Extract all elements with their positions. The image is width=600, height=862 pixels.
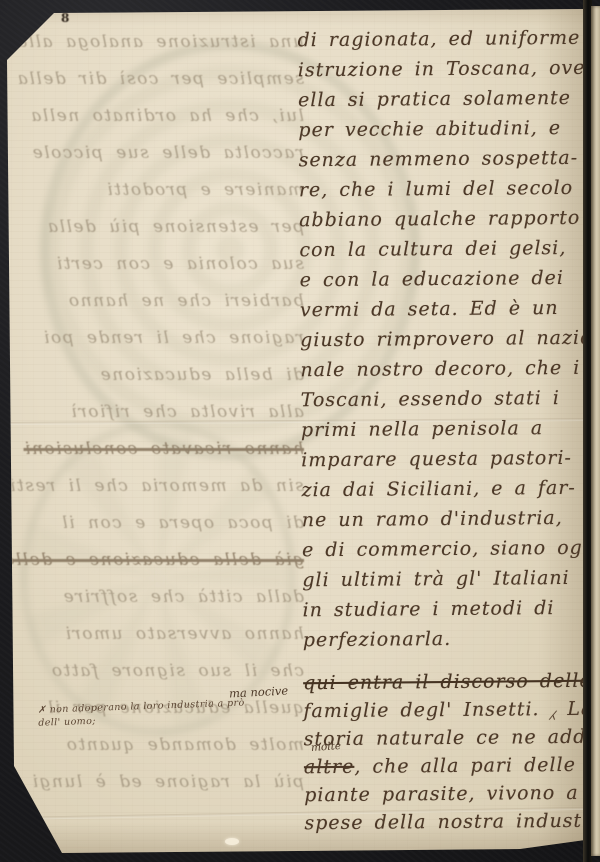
showthrough-line: di bella educazione <box>12 357 304 394</box>
manuscript-line: storia naturale ce ne addita <box>304 723 594 754</box>
showthrough-line: barbieri che ne hanno <box>12 283 304 320</box>
manuscript-line-text: , che alla pari delle <box>354 754 576 778</box>
manuscript-line: abbiano qualche rapporto <box>299 203 589 236</box>
manuscript-line: vermi da seta. Ed è un <box>300 293 590 326</box>
showthrough-line: sua colonia e con certi <box>12 246 304 283</box>
manuscript-page: 8 una istruzione analoga allasemplice pe… <box>0 0 586 862</box>
showthrough-line: alla rivolta che rifiorì <box>12 394 304 431</box>
manuscript-line: istruzione in Toscana, ove <box>298 53 588 86</box>
manuscript-line: in studiare i metodi di <box>302 593 592 626</box>
showthrough-line: ragione che li rende poi <box>12 320 304 357</box>
manuscript-line: qui entra il discorso delle utili <box>303 667 593 698</box>
manuscript-line: ne un ramo d'industria, <box>302 503 592 536</box>
deleted-word: altre <box>304 756 355 778</box>
manuscript-line: di ragionata, ed uniforme <box>297 23 587 56</box>
interline-insertion-molte: molte <box>311 740 342 754</box>
manuscript-line: giusto rimprovero al nazio- <box>300 323 590 356</box>
showthrough-line: dalla città che soffrire <box>12 579 304 616</box>
manuscript-line: famiglie degl' Insetti. ⁁ La <box>303 695 593 726</box>
showthrough-line: hanno avversato umori <box>12 616 304 653</box>
manuscript-line: altre, che alla pari delle <box>304 751 594 782</box>
paper-damage-spot <box>225 838 239 845</box>
showthrough-line: sin da memoria che li resti <box>12 468 304 505</box>
manuscript-line: perfezionarla. <box>303 623 593 656</box>
manuscript-line: ella si pratica solamente <box>298 83 588 116</box>
showthrough-line: una istruzione analoga alla <box>12 24 304 61</box>
manuscript-line: nale nostro decoro, che i <box>300 353 590 386</box>
adjacent-page-edge <box>591 6 600 856</box>
manuscript-line: primi nella penisola a <box>301 413 591 446</box>
manuscript-line: gli ultimi trà gl' Italiani <box>302 563 592 596</box>
manuscript-line: re, che i lumi del secolo <box>299 173 589 206</box>
scan-background: 8 una istruzione analoga allasemplice pe… <box>0 0 600 862</box>
showthrough-line: molte domande quanto <box>12 727 304 764</box>
showthrough-line: hanno ricavato conclusioni <box>12 431 304 468</box>
showthrough-line: più la ragione ed è lungi <box>12 764 304 801</box>
showthrough-line: raccolta delle sue piccole <box>12 135 304 172</box>
manuscript-line: imparare questa pastori- <box>301 443 591 476</box>
manuscript-line: piante parasite, vivono a <box>304 779 594 810</box>
manuscript-line: con la cultura dei gelsi, <box>299 233 589 266</box>
showthrough-line: lui, che ha ordinato nella <box>12 98 304 135</box>
showthrough-line: già della educazione e delle <box>12 542 304 579</box>
manuscript-line: spese della nostra industria <box>304 807 594 838</box>
manuscript-line: Toscani, essendo stati i <box>301 383 591 416</box>
showthrough-line: di poca opera e con il <box>12 505 304 542</box>
manuscript-line: per vecchie abitudini, e <box>298 113 588 146</box>
manuscript-line: zia dai Siciliani, e a far- <box>301 473 591 506</box>
ink-page-mark: 8 <box>61 11 69 25</box>
main-text-column: di ragionata, ed uniformeistruzione in T… <box>297 23 594 837</box>
showthrough-line: per estensione più della <box>12 209 304 246</box>
manuscript-line: e di commercio, siano oggi <box>302 533 592 566</box>
showthrough-line: maniere e prodotti <box>12 172 304 209</box>
showthrough-line: semplice per così dir della <box>12 61 304 98</box>
manuscript-line: e con la educazione dei <box>300 263 590 296</box>
manuscript-line: senza nemmeno sospetta- <box>299 143 589 176</box>
paper-edge-shading <box>0 0 586 26</box>
